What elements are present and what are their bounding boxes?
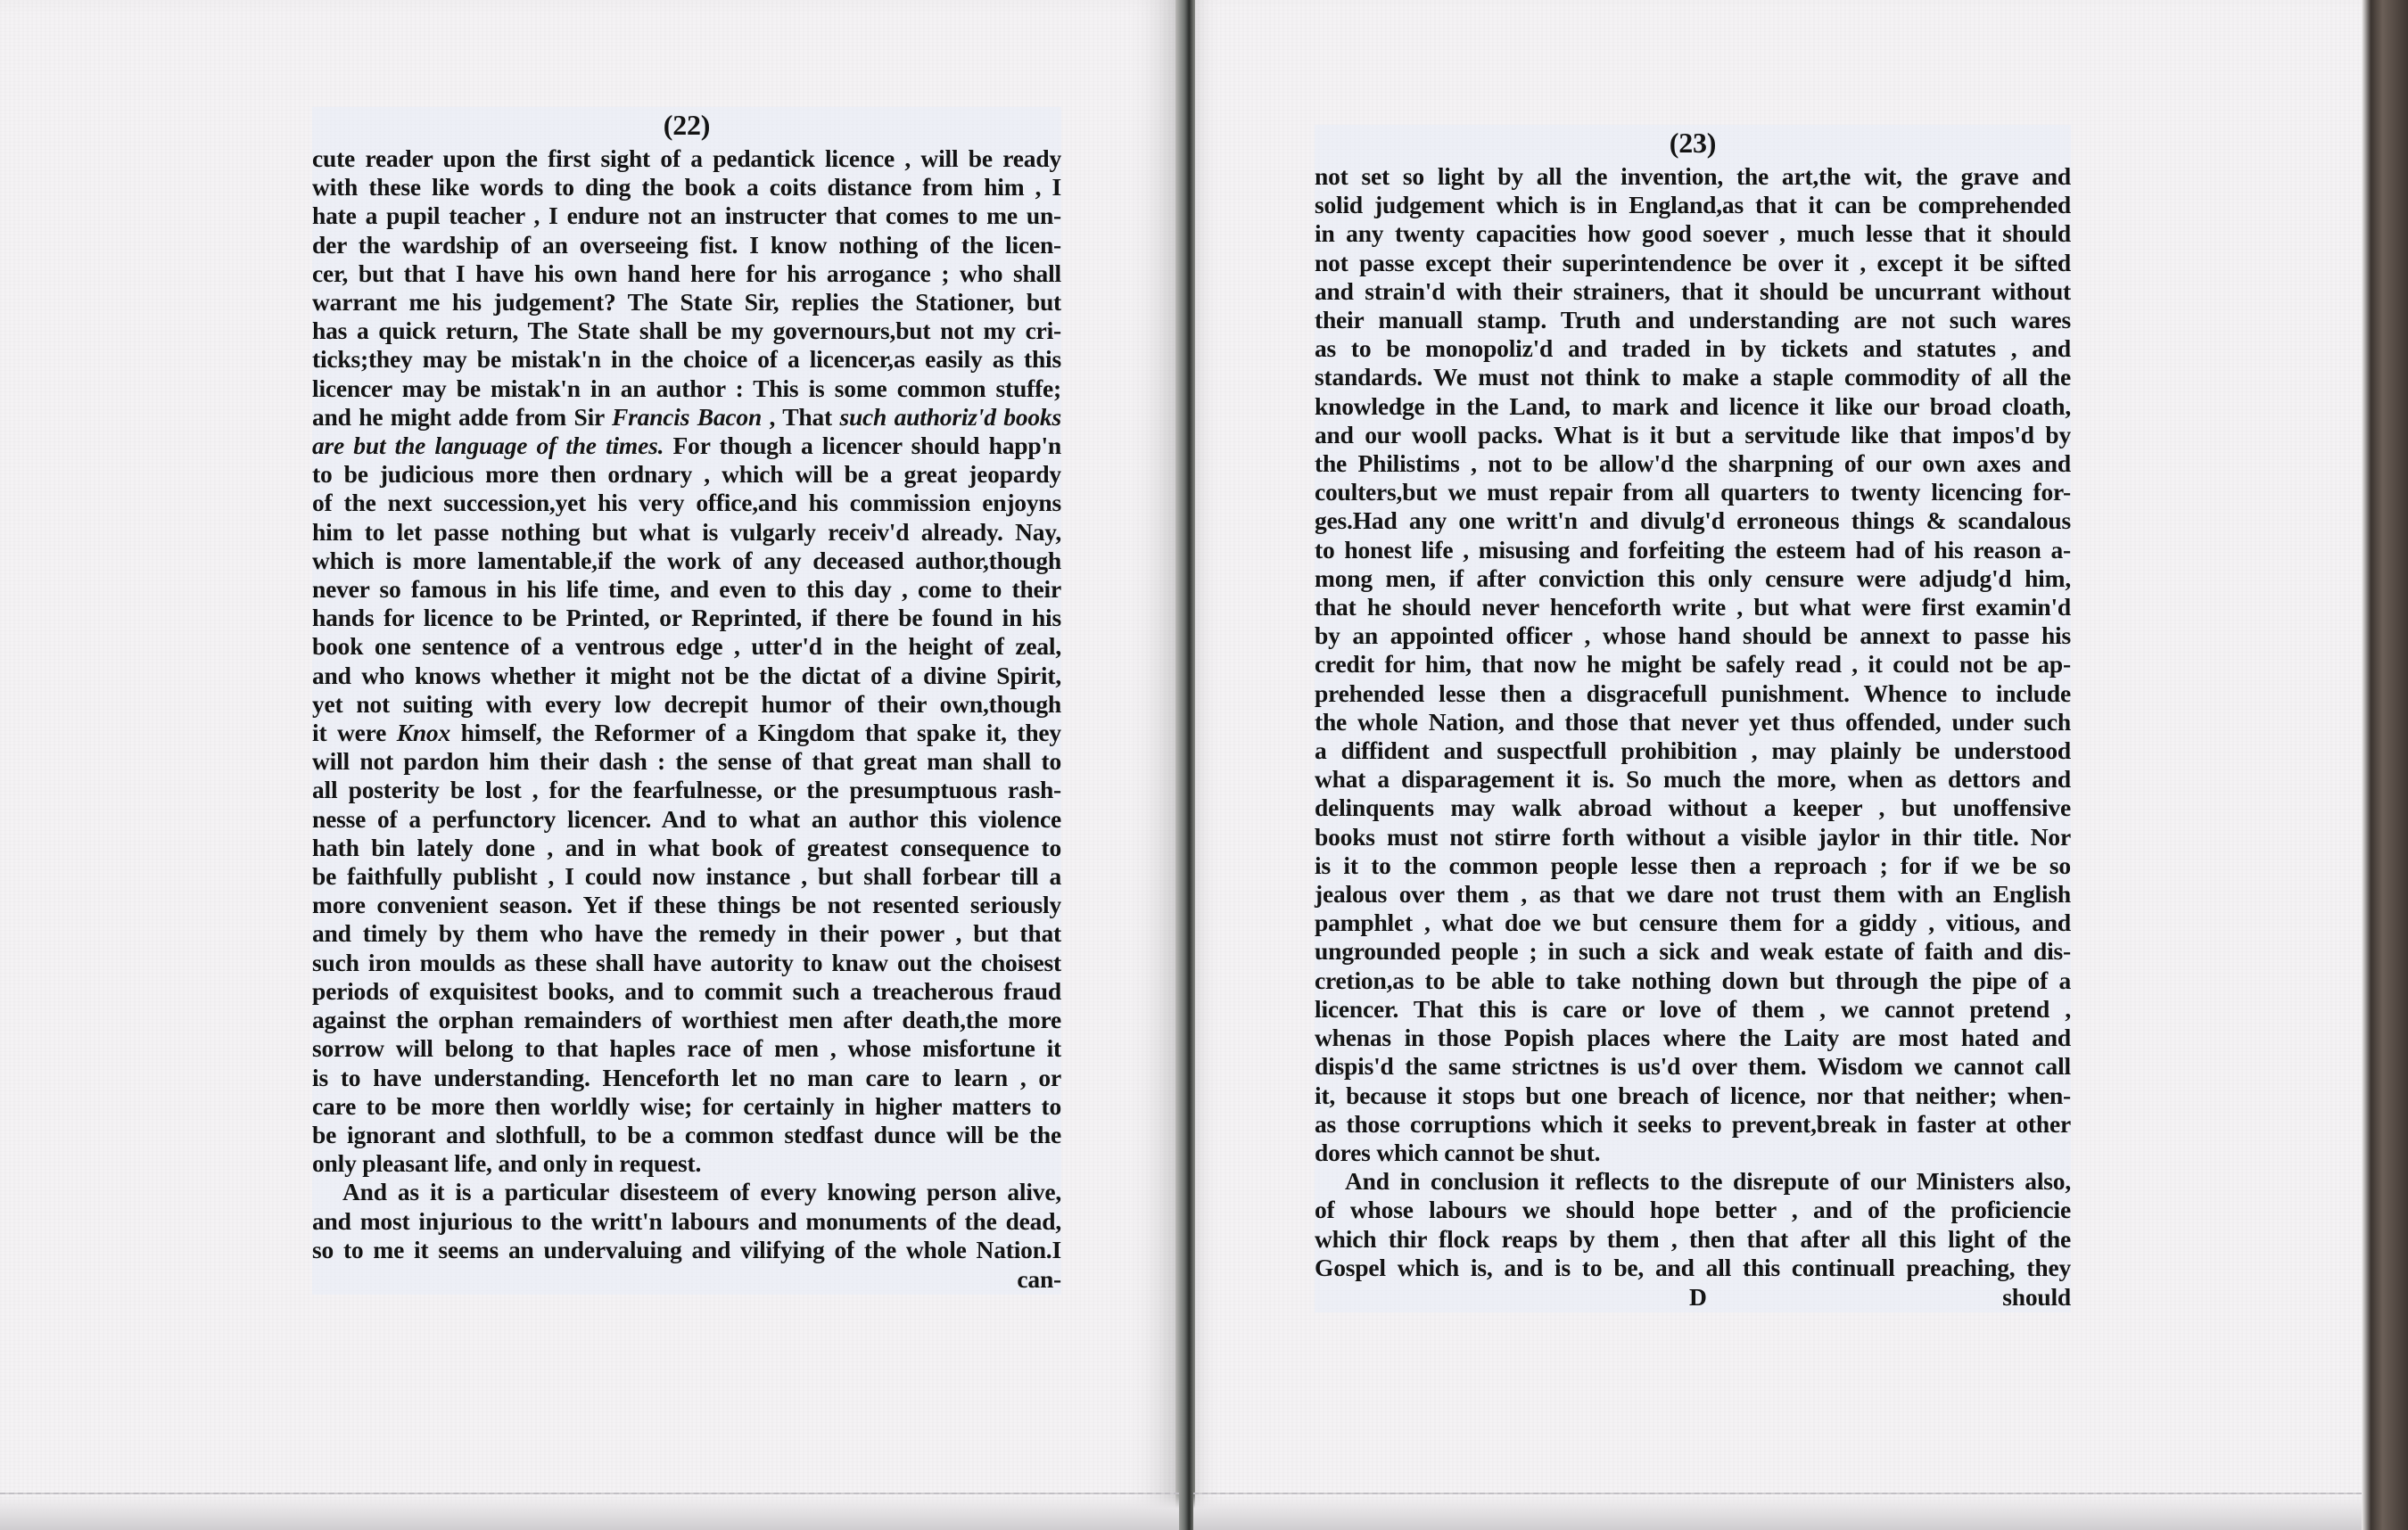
- text-line: against the orphan remainders of worthie…: [312, 1006, 1061, 1034]
- catchword: can-: [1017, 1264, 1061, 1295]
- text-line-quote: are but the language of the times. For t…: [312, 432, 1061, 460]
- page-number-23: (23): [1315, 125, 2071, 160]
- text-line: der the wardship of an overseeing fist. …: [312, 231, 1061, 259]
- text-line: be ignorant and slothfull, to be a commo…: [312, 1121, 1061, 1149]
- paragraph-start: And as it is a particular disesteem of e…: [312, 1178, 1061, 1206]
- text-line: ges.Had any one writt'n and divulg'd err…: [1315, 506, 2071, 535]
- text-line: which is more lamentable,if the work of …: [312, 547, 1061, 575]
- text-line: and our wooll packs. What is it but a se…: [1315, 421, 2071, 449]
- signature-catchword-row: D should: [1315, 1282, 2071, 1312]
- text-line: licencer. That this is care or love of t…: [1315, 995, 2071, 1024]
- page-number-22: (22): [312, 107, 1061, 143]
- left-page-deckle-edge: [0, 1493, 1179, 1530]
- text-line-bacon: and he might adde from Sir Francis Bacon…: [312, 403, 1061, 432]
- signature-mark: D: [1689, 1282, 1707, 1312]
- text-line: cute reader upon the first sight of a pe…: [312, 144, 1061, 173]
- text-line: by an appointed officer , whose hand sho…: [1315, 621, 2071, 650]
- text-line: and strain'd with their strainers, that …: [1315, 277, 2071, 306]
- book-right-edge: [2362, 0, 2408, 1530]
- text-line: periods of exquisitest books, and to com…: [312, 977, 1061, 1006]
- text-line: dispis'd the same strictnes is us'd over…: [1315, 1052, 2071, 1081]
- text-line: all posterity be lost , for the fearfuln…: [312, 776, 1061, 804]
- text-line: book one sentence of a ventrous edge , u…: [312, 632, 1061, 661]
- text-line: so to me it seems an undervaluing and vi…: [312, 1236, 1061, 1264]
- text-line: has a quick return, The State shall be m…: [312, 317, 1061, 345]
- text-line: coulters,but we must repair from all qua…: [1315, 478, 2071, 506]
- text-line: ticks;they may be mistak'n in the choice…: [312, 345, 1061, 374]
- text-line: delinquents may walk abroad without a ke…: [1315, 794, 2071, 822]
- text-line: pamphlet , what doe we but censure them …: [1315, 909, 2071, 937]
- book-gutter: [1175, 0, 1195, 1530]
- text-line: Gospel which is, and is to be, and all t…: [1315, 1254, 2071, 1282]
- text-line: jealous over them , as that we dare not …: [1315, 880, 2071, 909]
- quotation: such authoriz'd books: [839, 403, 1061, 431]
- text-line: warrant me his judgement? The State Sir,…: [312, 288, 1061, 317]
- text-line: a diffident and suspectfull prohibition …: [1315, 736, 2071, 765]
- text-line: what a disparagement it is. So much the …: [1315, 765, 2071, 794]
- text-line: only pleasant life, and only in request.: [312, 1149, 1061, 1178]
- text-line: hands for licence to be Printed, or Repr…: [312, 604, 1061, 632]
- text-line: with these like words to ding the book a…: [312, 173, 1061, 202]
- text-line: prehended lesse then a disgracefull puni…: [1315, 679, 2071, 708]
- text-line: him to let passe nothing but what is vul…: [312, 518, 1061, 547]
- text-line-knox: it were Knox himself, the Reformer of a …: [312, 719, 1061, 747]
- text-line: of the next succession,yet his very offi…: [312, 489, 1061, 517]
- text-line: cretion,as to be able to take nothing do…: [1315, 967, 2071, 995]
- text-line: their manuall stamp. Truth and understan…: [1315, 306, 2071, 334]
- right-page-text: (23) not set so light by all the inventi…: [1315, 125, 2071, 1312]
- text-line: to honest life , misusing and forfeiting…: [1315, 536, 2071, 564]
- right-page-deckle-edge: [1193, 1493, 2362, 1530]
- text-line: hate a pupil teacher , I endure not an i…: [312, 202, 1061, 230]
- text-line: in any twenty capacities how good soever…: [1315, 219, 2071, 248]
- text-line: it, because it stops but one breach of l…: [1315, 1082, 2071, 1110]
- quotation: are but the language of the times.: [312, 432, 664, 459]
- text-line: solid judgement which is in England,as t…: [1315, 191, 2071, 219]
- name-francis-bacon: Francis Bacon: [612, 403, 762, 431]
- text-line: cer, but that I have his own hand here f…: [312, 259, 1061, 288]
- text-line: books must not stirre forth without a vi…: [1315, 823, 2071, 851]
- text-line: as to be monopoliz'd and traded in by ti…: [1315, 334, 2071, 363]
- text-line: knowledge in the Land, to mark and licen…: [1315, 392, 2071, 421]
- text-line: such iron moulds as these shall have aut…: [312, 949, 1061, 977]
- text-line: will not pardon him their dash : the sen…: [312, 747, 1061, 776]
- left-page-text: (22) cute reader upon the first sight of…: [312, 107, 1061, 1295]
- text-line: standards. We must not think to make a s…: [1315, 363, 2071, 391]
- text-line: never so famous in his life time, and ev…: [312, 575, 1061, 604]
- text-line: as those corruptions which it seeks to p…: [1315, 1110, 2071, 1139]
- text-line: to be judicious more then ordnary , whic…: [312, 460, 1061, 489]
- text-line: dores which cannot be shut.: [1315, 1139, 2071, 1167]
- text-line: whenas in those Popish places where the …: [1315, 1024, 2071, 1052]
- text-line: hath bin lately done , and in what book …: [312, 834, 1061, 862]
- text-line: that he should never henceforth write , …: [1315, 593, 2071, 621]
- paragraph-start: And in conclusion it reflects to the dis…: [1315, 1167, 2071, 1196]
- text-line: of whose labours we should hope better ,…: [1315, 1196, 2071, 1224]
- book-spread: (22) cute reader upon the first sight of…: [0, 0, 2408, 1530]
- text-line: mong men, if after conviction this only …: [1315, 564, 2071, 593]
- name-knox: Knox: [397, 719, 450, 746]
- text-line: licencer may be mistak'n in an author : …: [312, 374, 1061, 403]
- text-line: ungrounded people ; in such a sick and w…: [1315, 937, 2071, 966]
- catchword-row: can-: [312, 1264, 1061, 1295]
- catchword: should: [2002, 1282, 2071, 1312]
- text-line: which thir flock reaps by them , then th…: [1315, 1225, 2071, 1254]
- text-line: and most injurious to the writt'n labour…: [312, 1207, 1061, 1236]
- text-line: not set so light by all the invention, t…: [1315, 162, 2071, 191]
- text-line: be faithfully publisht , I could now ins…: [312, 862, 1061, 891]
- text-line: nesse of a perfunctory licencer. And to …: [312, 805, 1061, 834]
- text-line: and timely by them who have the remedy i…: [312, 919, 1061, 948]
- text-line: yet not suiting with every low decrepit …: [312, 690, 1061, 719]
- text-line: more convenient season. Yet if these thi…: [312, 891, 1061, 919]
- text-line: is it to the common people lesse then a …: [1315, 851, 2071, 880]
- text-line: and who knows whether it might not be th…: [312, 662, 1061, 690]
- text-line: credit for him, that now he might be saf…: [1315, 650, 2071, 679]
- text-line: is to have understanding. Henceforth let…: [312, 1064, 1061, 1092]
- text-line: care to be more then worldly wise; for c…: [312, 1092, 1061, 1121]
- text-line: the Philistims , not to be allow'd the s…: [1315, 449, 2071, 478]
- text-line: sorrow will belong to that haples race o…: [312, 1034, 1061, 1063]
- text-line: not passe except their superintendence b…: [1315, 249, 2071, 277]
- text-line: the whole Nation, and those that never y…: [1315, 708, 2071, 736]
